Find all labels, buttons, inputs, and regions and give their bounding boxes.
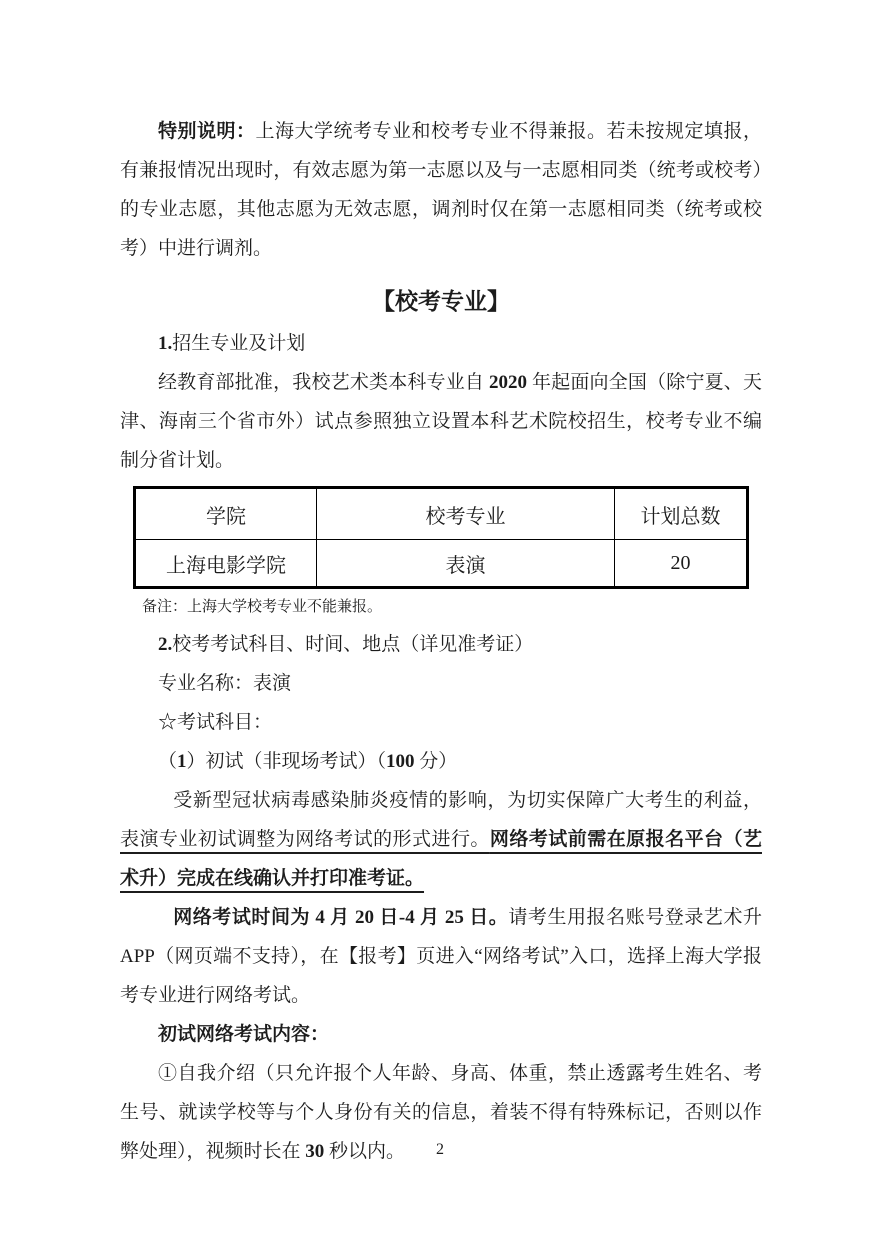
text-run: 初试网络考试内容： [158,1024,329,1045]
exam-time-paragraph: 网络考试时间为 4 月 20 日-4 月 25 日。请考生用报名账号登录艺术升 … [120,898,762,1015]
document-page: 特别说明：上海大学统考专业和校考专业不得兼报。若未按规定填报，有兼报情况出现时，… [0,0,880,1244]
text-run: 1 [177,751,187,772]
text-run: 受新型冠状病毒感染肺炎疫情的影响，为切实保障广大考生的利益， [173,790,762,811]
section1-paragraph: 经教育部批准，我校艺术类本科专业自 2020 年起面向全国（除宁夏、天津、海南三… [120,363,762,480]
text-run: 校考考试科目、时间、地点（详见准考证） [172,634,533,655]
table-header-row: 学院 校考专业 计划总数 [135,488,748,540]
section2-title: 2.校考考试科目、时间、地点（详见准考证） [120,625,762,664]
text-run: （ [158,751,177,772]
covid-adjustment-paragraph: 受新型冠状病毒感染肺炎疫情的影响，为切实保障广大考生的利益，表演专业初试调整为网… [120,781,762,898]
text-run: 2020 [489,372,527,393]
table-note: 备注：上海大学校考专业不能兼报。 [142,595,762,619]
text-run: 招生专业及计划 [172,333,305,354]
table-header-major: 校考专业 [317,488,615,540]
table-row: 上海电影学院表演20 [135,540,748,588]
text-run: 2. [158,634,172,655]
text-run: 特别说明： [158,121,256,142]
text-run: 网络考试时间为 4 月 20 日-4 月 25 日。 [173,907,508,928]
section1-title: 1.招生专业及计划 [120,324,762,363]
text-run: 分） [415,751,458,772]
text-run: ）初试（非现场考试）（ [187,751,387,772]
enrollment-plan-table: 学院 校考专业 计划总数 上海电影学院表演20 [133,486,749,589]
section-heading-school-exam-majors: 【校考专业】 [120,282,762,322]
table-cell: 上海电影学院 [135,540,317,588]
text-run: 表演专业初试调整为网络考试的形式进行。 [120,829,490,850]
page-content: 特别说明：上海大学统考专业和校考专业不得兼报。若未按规定填报，有兼报情况出现时，… [120,112,762,1171]
major-name-line: 专业名称：表演 [120,664,762,703]
exam-content-label: 初试网络考试内容： [120,1015,762,1054]
text-run: 1. [158,333,172,354]
special-note-paragraph: 特别说明：上海大学统考专业和校考专业不得兼报。若未按规定填报，有兼报情况出现时，… [120,112,762,268]
table-header-college: 学院 [135,488,317,540]
text-run: 100 [386,751,415,772]
page-number: 2 [0,1140,880,1160]
table-cell: 表演 [317,540,615,588]
table-header-total: 计划总数 [615,488,748,540]
exam-subjects-line: ☆考试科目： [120,703,762,742]
text-run: 经教育部批准，我校艺术类本科专业自 [158,372,489,393]
first-round-exam-line: （1）初试（非现场考试）（100 分） [120,742,762,781]
table-cell: 20 [615,540,748,588]
